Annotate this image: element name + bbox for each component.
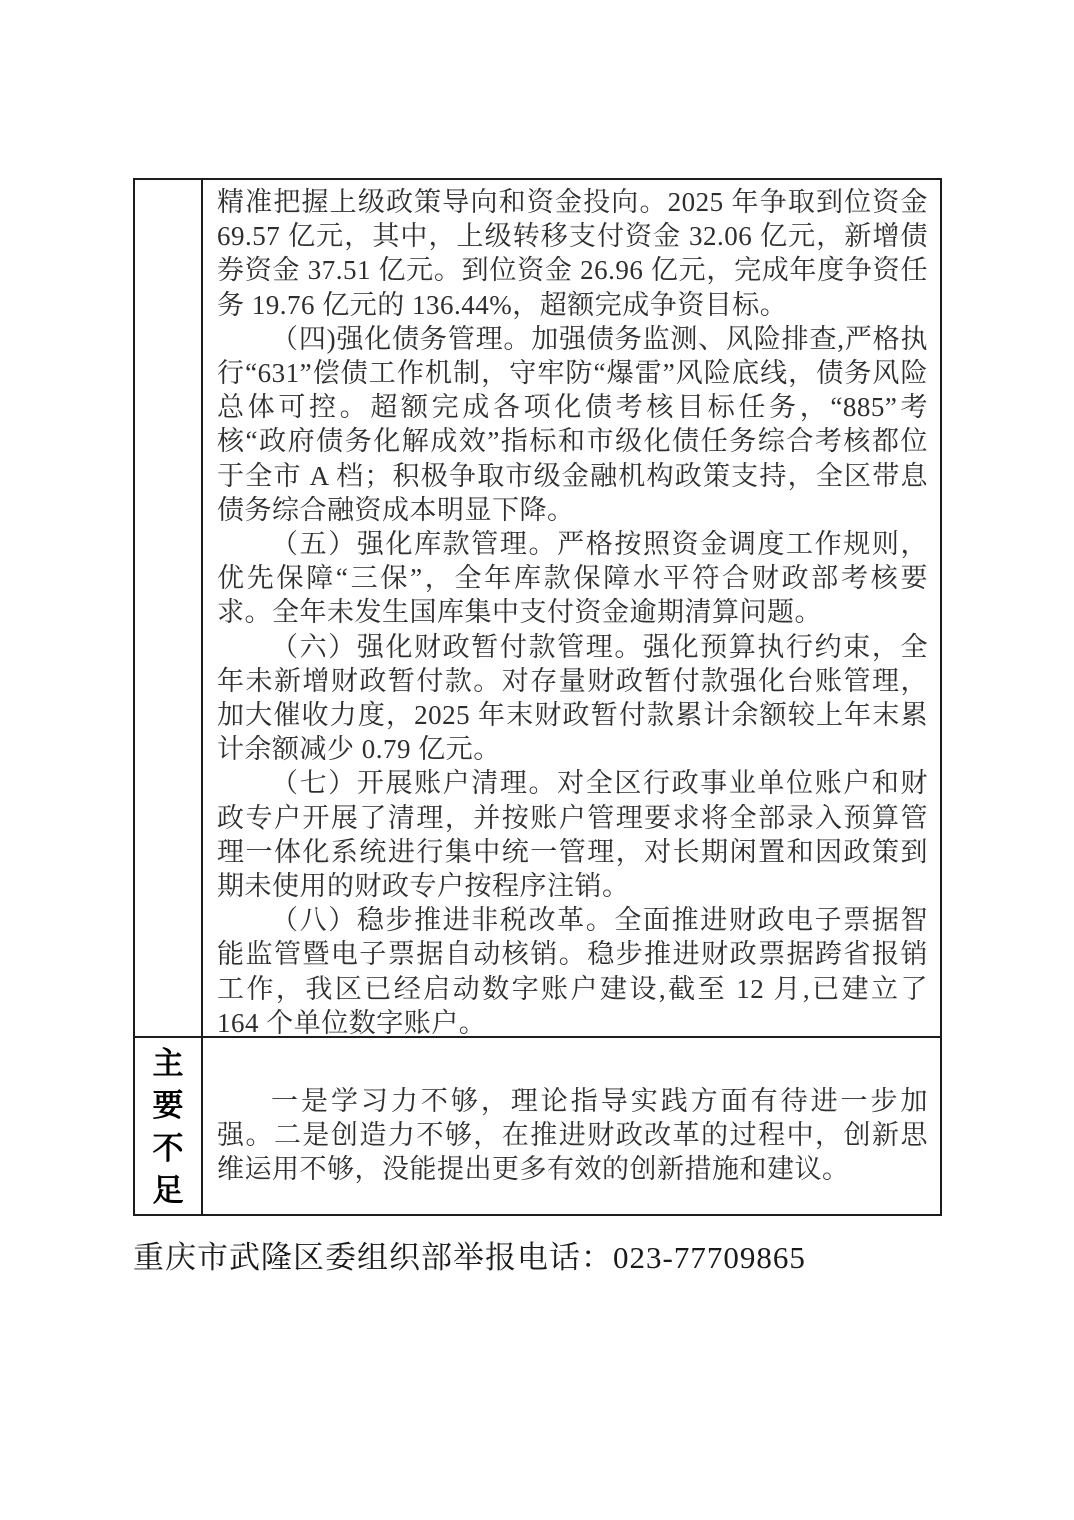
paragraph-treasury-management: （五）强化库款管理。严格按照资金调度工作规则，优先保障“三保”，全年库款保障水平… bbox=[217, 527, 928, 630]
paragraph-account-cleanup: （七）开展账户清理。对全区行政事业单位账户和财政专户开展了清理，并按账户管理要求… bbox=[217, 766, 928, 903]
label-char: 主 bbox=[153, 1048, 184, 1079]
paragraph-shortcomings: 一是学习力不够，理论指导实践方面有待进一步加强。二是创造力不够，在推进财政改革的… bbox=[217, 1084, 928, 1187]
label-char: 足 bbox=[153, 1175, 184, 1206]
report-hotline: 重庆市武隆区委组织部举报电话：023-77709865 bbox=[133, 1238, 806, 1278]
row-label-cell-empty bbox=[135, 180, 203, 1036]
label-char: 要 bbox=[153, 1090, 184, 1121]
table-row-shortcomings: 主 要 不 足 一是学习力不够，理论指导实践方面有待进一步加强。二是创造力不够，… bbox=[135, 1036, 940, 1214]
document-page: 精准把握上级政策导向和资金投向。2025 年争取到位资金 69.57 亿元，其中… bbox=[0, 0, 1074, 1520]
label-char: 不 bbox=[153, 1133, 184, 1164]
table-row-achievements: 精准把握上级政策导向和资金投向。2025 年争取到位资金 69.57 亿元，其中… bbox=[135, 180, 940, 1036]
paragraph-funding: 精准把握上级政策导向和资金投向。2025 年争取到位资金 69.57 亿元，其中… bbox=[217, 185, 928, 322]
row-label-main-shortcomings: 主 要 不 足 bbox=[135, 1038, 203, 1214]
report-table: 精准把握上级政策导向和资金投向。2025 年争取到位资金 69.57 亿元，其中… bbox=[133, 178, 942, 1216]
shortcomings-content-cell: 一是学习力不够，理论指导实践方面有待进一步加强。二是创造力不够，在推进财政改革的… bbox=[203, 1038, 940, 1214]
paragraph-debt-management: （四)强化债务管理。加强债务监测、风险排查,严格执行“631”偿债工作机制，守牢… bbox=[217, 322, 928, 527]
paragraph-nontax-reform: （八）稳步推进非税改革。全面推进财政电子票据智能监管暨电子票据自动核销。稳步推进… bbox=[217, 903, 928, 1036]
achievements-content-cell: 精准把握上级政策导向和资金投向。2025 年争取到位资金 69.57 亿元，其中… bbox=[203, 180, 940, 1036]
paragraph-temporary-payments: （六）强化财政暂付款管理。强化预算执行约束，全年未新增财政暂付款。对存量财政暂付… bbox=[217, 630, 928, 767]
